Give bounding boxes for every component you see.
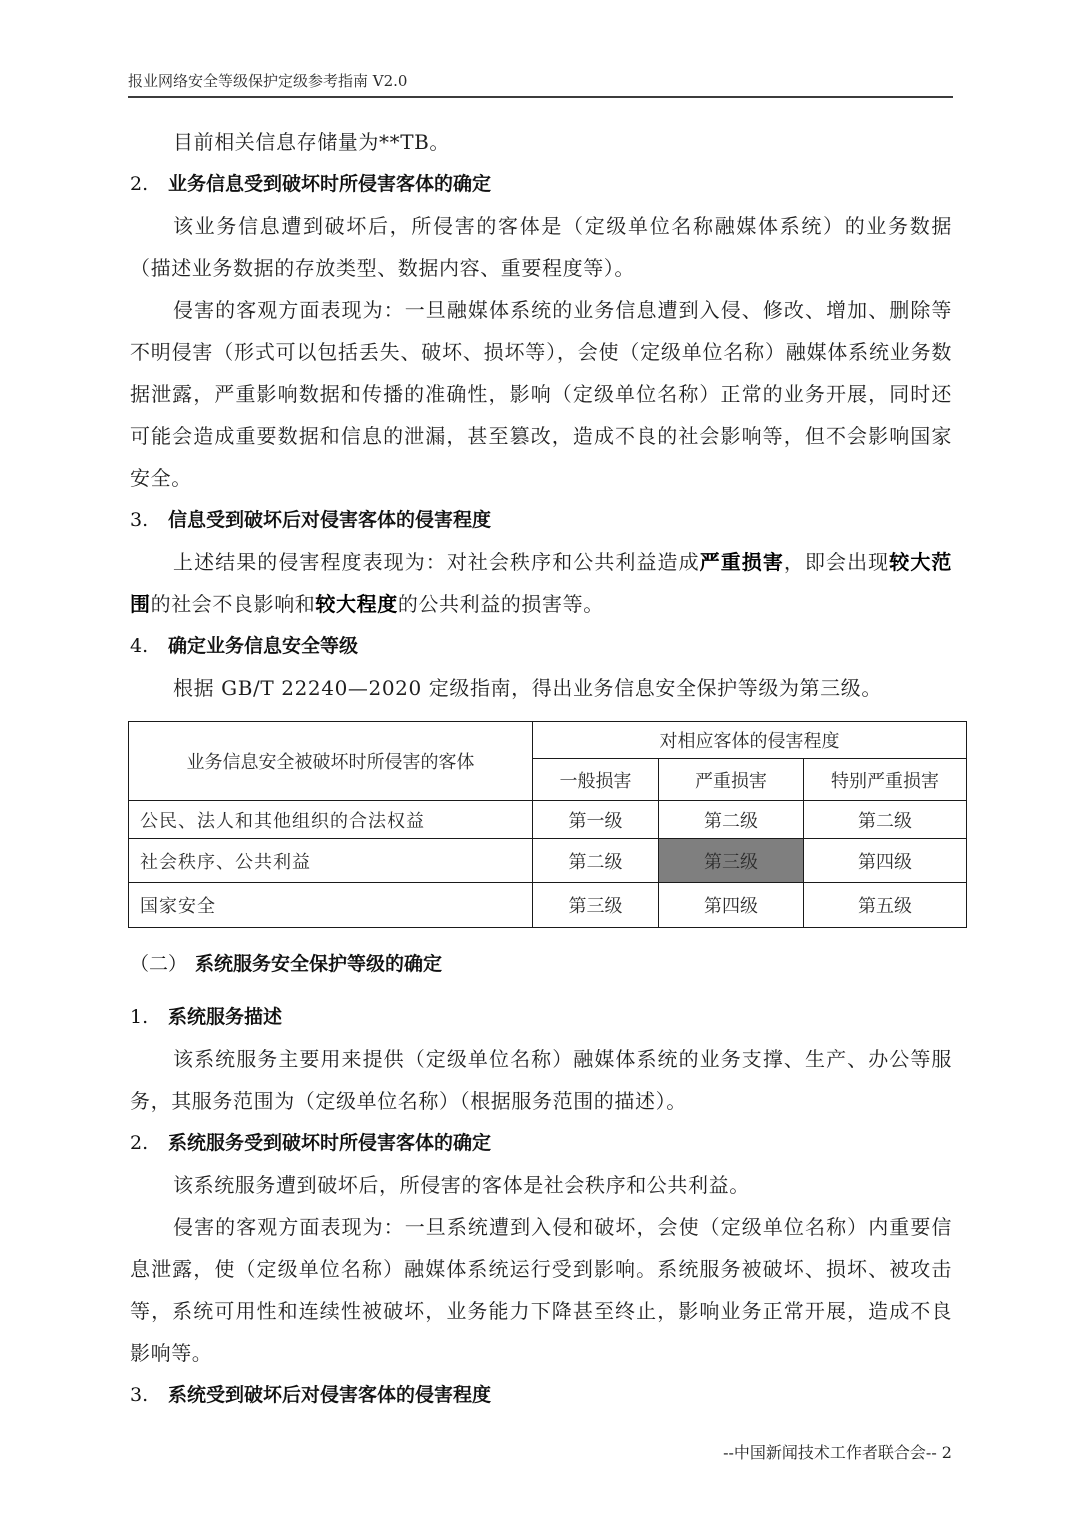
- heading-text: 确定业务信息安全等级: [168, 635, 358, 657]
- degree-column-header: 特别严重损害: [804, 759, 967, 801]
- degree-column-header: 一般损害: [533, 759, 659, 801]
- table-row: 公民、法人和其他组织的合法权益 第一级 第二级 第二级: [129, 801, 967, 839]
- heading-business-info-object: 2.业务信息受到破坏时所侵害客体的确定: [130, 163, 952, 205]
- object-cell: 公民、法人和其他组织的合法权益: [129, 801, 533, 839]
- grade-cell: 第二级: [659, 801, 804, 839]
- heading-text: 系统服务受到破坏时所侵害客体的确定: [168, 1132, 491, 1154]
- degree-column-header: 严重损害: [659, 759, 804, 801]
- degree-bold-large-extent: 较大程度: [315, 592, 397, 616]
- page-footer: --中国新闻技术工作者联合会-- 2: [600, 1440, 952, 1463]
- service-description-paragraph: 该系统服务主要用来提供（定级单位名称）融媒体系统的业务支撑、生产、办公等服务，其…: [130, 1038, 952, 1122]
- heading-number: 4.: [130, 625, 168, 667]
- table-row: 国家安全 第三级 第四级 第五级: [129, 883, 967, 928]
- manifestation-paragraph: 侵害的客观方面表现为：一旦融媒体系统的业务信息遭到入侵、修改、增加、删除等不明侵…: [130, 289, 952, 499]
- grade-cell-highlighted: 第三级: [659, 839, 804, 883]
- heading-number: 3.: [130, 499, 168, 541]
- section-title-system-service: （二）系统服务安全保护等级的确定: [130, 943, 952, 985]
- degree-text-3: 的社会不良影响和: [151, 592, 316, 616]
- grade-cell: 第二级: [804, 801, 967, 839]
- heading-system-service-desc: 1.系统服务描述: [130, 996, 952, 1038]
- footer-text: --中国新闻技术工作者联合会-- 2: [723, 1443, 952, 1462]
- section-title-text: 系统服务安全保护等级的确定: [195, 953, 442, 975]
- heading-text: 信息受到破坏后对侵害客体的侵害程度: [168, 509, 491, 531]
- degree-text-4: 的公共利益的损害等。: [398, 592, 604, 616]
- table-row: 社会秩序、公共利益 第二级 第三级 第四级: [129, 839, 967, 883]
- heading-number: 2.: [130, 1122, 168, 1164]
- degree-paragraph: 上述结果的侵害程度表现为：对社会秩序和公共利益造成严重损害，即会出现较大范围的社…: [130, 541, 952, 625]
- page-header: 报业网络安全等级保护定级参考指南 V2.0: [128, 70, 953, 98]
- object-cell: 社会秩序、公共利益: [129, 839, 533, 883]
- service-object-paragraph: 该系统服务遭到破坏后，所侵害的客体是社会秩序和公共利益。: [130, 1164, 952, 1206]
- grade-cell: 第二级: [533, 839, 659, 883]
- conclusion-paragraph: 根据 GB/T 22240—2020 定级指南，得出业务信息安全保护等级为第三级…: [130, 667, 952, 709]
- grade-cell: 第四级: [659, 883, 804, 928]
- service-manifestation-paragraph: 侵害的客观方面表现为：一旦系统遭到入侵和破坏，会使（定级单位名称）内重要信息泄露…: [130, 1206, 952, 1374]
- heading-number: 1.: [130, 996, 168, 1038]
- object-cell: 国家安全: [129, 883, 533, 928]
- heading-determine-level: 4.确定业务信息安全等级: [130, 625, 952, 667]
- document-title: 报业网络安全等级保护定级参考指南 V2.0: [128, 72, 407, 90]
- heading-number: 2.: [130, 163, 168, 205]
- system-service-section: （二）系统服务安全保护等级的确定 1.系统服务描述 该系统服务主要用来提供（定级…: [130, 943, 952, 1416]
- business-info-section: 目前相关信息存储量为**TB。 2.业务信息受到破坏时所侵害客体的确定 该业务信…: [130, 121, 952, 709]
- heading-text: 业务信息受到破坏时所侵害客体的确定: [168, 173, 491, 195]
- degree-group-header: 对相应客体的侵害程度: [533, 722, 967, 759]
- heading-system-damage-degree: 3.系统受到破坏后对侵害客体的侵害程度: [130, 1374, 952, 1416]
- heading-text: 系统受到破坏后对侵害客体的侵害程度: [168, 1384, 491, 1406]
- heading-damage-degree: 3.信息受到破坏后对侵害客体的侵害程度: [130, 499, 952, 541]
- degree-bold-serious-damage: 严重损害: [700, 550, 784, 574]
- grade-cell: 第五级: [804, 883, 967, 928]
- grade-cell: 第三级: [533, 883, 659, 928]
- storage-paragraph: 目前相关信息存储量为**TB。: [130, 121, 952, 163]
- object-column-header: 业务信息安全被破坏时所侵害的客体: [129, 722, 533, 801]
- degree-text-1: 上述结果的侵害程度表现为：对社会秩序和公共利益造成: [173, 550, 700, 574]
- heading-text: 系统服务描述: [168, 1006, 282, 1028]
- heading-system-service-object: 2.系统服务受到破坏时所侵害客体的确定: [130, 1122, 952, 1164]
- table-header-row: 业务信息安全被破坏时所侵害的客体 对相应客体的侵害程度: [129, 722, 967, 759]
- object-paragraph: 该业务信息遭到破坏后，所侵害的客体是（定级单位名称融媒体系统）的业务数据（描述业…: [130, 205, 952, 289]
- heading-number: 3.: [130, 1374, 168, 1416]
- grade-cell: 第一级: [533, 801, 659, 839]
- grade-matrix-table: 业务信息安全被破坏时所侵害的客体 对相应客体的侵害程度 一般损害 严重损害 特别…: [128, 721, 967, 928]
- grade-cell: 第四级: [804, 839, 967, 883]
- degree-text-2: ，即会出现: [784, 550, 889, 574]
- section-number: （二）: [130, 943, 195, 985]
